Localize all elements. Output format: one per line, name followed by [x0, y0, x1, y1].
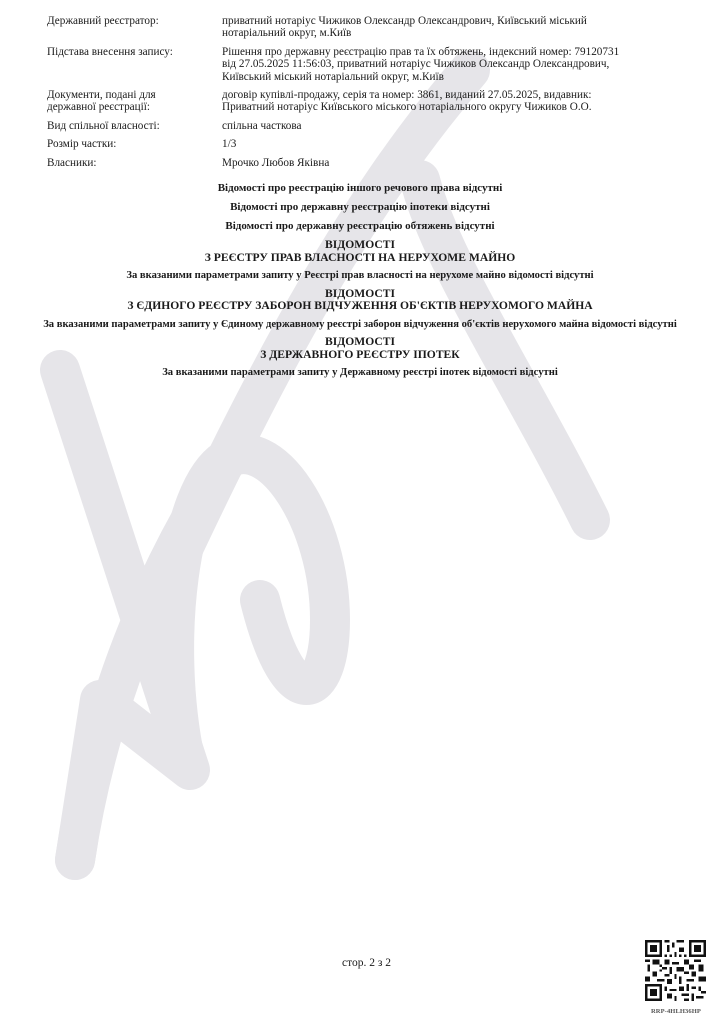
- section-property-rights-registry: ВІДОМОСТІ З РЕЄСТРУ ПРАВ ВЛАСНОСТІ НА НЕ…: [0, 239, 720, 282]
- field-label: Підстава внесення запису:: [47, 46, 222, 83]
- field-share-size: Розмір частки: 1/3: [47, 138, 687, 150]
- field-value: договір купівлі-продажу, серія та номер:…: [222, 89, 687, 114]
- field-label: Власники:: [47, 157, 222, 169]
- notice-other-rights: Відомості про реєстрацію іншого речового…: [0, 182, 720, 194]
- notice-mortgage: Відомості про державну реєстрацію іпотек…: [0, 201, 720, 213]
- registry-notices: Відомості про реєстрацію іншого речового…: [0, 182, 720, 385]
- field-registrar: Державний реєстратор: приватний нотаріус…: [47, 15, 687, 40]
- field-value: спільна часткова: [222, 120, 687, 132]
- section-title: ВІДОМОСТІ З ЄДИНОГО РЕЄСТРУ ЗАБОРОН ВІДЧ…: [0, 288, 720, 313]
- notice-encumbrances: Відомості про державну реєстрацію обтяже…: [0, 220, 720, 232]
- section-body: За вказаними параметрами запиту у Єдином…: [30, 319, 690, 331]
- section-title: ВІДОМОСТІ З ДЕРЖАВНОГО РЕЄСТРУ ІПОТЕК: [0, 336, 720, 361]
- field-owners: Власники: Мрочко Любов Яківна: [47, 157, 687, 169]
- page-number: стор. 2 з 2: [342, 957, 391, 969]
- field-label: Вид спільної власності:: [47, 120, 222, 132]
- registration-fields: Державний реєстратор: приватний нотаріус…: [47, 15, 687, 175]
- field-label: Державний реєстратор:: [47, 15, 222, 40]
- section-title-line: З РЕЄСТРУ ПРАВ ВЛАСНОСТІ НА НЕРУХОМЕ МАЙ…: [0, 252, 720, 265]
- qr-code-id: RRP-4HLH36HP: [643, 1008, 709, 1015]
- field-value: приватний нотаріус Чижиков Олександр Оле…: [222, 15, 687, 40]
- field-documents: Документи, подані для державної реєстрац…: [47, 89, 687, 114]
- section-mortgage-registry: ВІДОМОСТІ З ДЕРЖАВНОГО РЕЄСТРУ ІПОТЕК За…: [0, 336, 720, 379]
- field-value: 1/3: [222, 138, 687, 150]
- section-alienation-bans-registry: ВІДОМОСТІ З ЄДИНОГО РЕЄСТРУ ЗАБОРОН ВІДЧ…: [0, 288, 720, 331]
- field-label: Розмір частки:: [47, 138, 222, 150]
- field-record-basis: Підстава внесення запису: Рішення про де…: [47, 46, 687, 83]
- field-label: Документи, подані для державної реєстрац…: [47, 89, 222, 114]
- field-value: Мрочко Любов Яківна: [222, 157, 687, 169]
- field-value: Рішення про державну реєстрацію прав та …: [222, 46, 687, 83]
- section-body: За вказаними параметрами запиту у Реєстр…: [30, 270, 690, 282]
- field-ownership-type: Вид спільної власності: спільна часткова: [47, 120, 687, 132]
- section-title: ВІДОМОСТІ З РЕЄСТРУ ПРАВ ВЛАСНОСТІ НА НЕ…: [0, 239, 720, 264]
- section-title-line: З ЄДИНОГО РЕЄСТРУ ЗАБОРОН ВІДЧУЖЕННЯ ОБ'…: [0, 300, 720, 313]
- qr-code-icon: [645, 940, 706, 1001]
- section-title-line: З ДЕРЖАВНОГО РЕЄСТРУ ІПОТЕК: [0, 349, 720, 362]
- section-title-line: ВІДОМОСТІ: [0, 336, 720, 349]
- section-title-line: ВІДОМОСТІ: [0, 239, 720, 252]
- section-body: За вказаними параметрами запиту у Держав…: [30, 367, 690, 379]
